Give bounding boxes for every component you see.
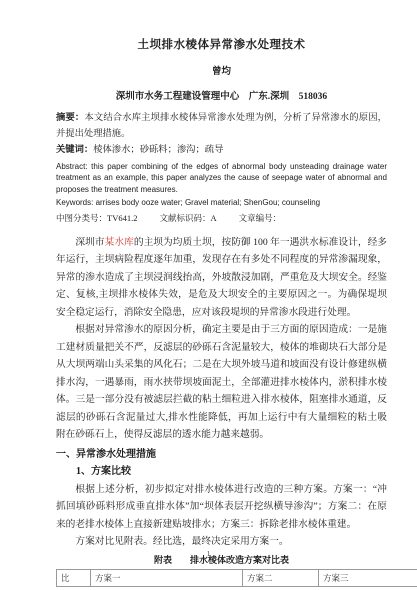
paragraph-1-lead: 深圳市 — [75, 237, 104, 248]
classification-line: 中图分类号：TV641.2文献标识码：A文章编号： — [56, 212, 387, 225]
paragraph-4: 方案对比见附表。经比选，最终决定采用方案一。 — [56, 533, 387, 551]
author-name: 曾均 — [56, 63, 387, 77]
table-header-scheme-2: 方案二 — [243, 569, 319, 586]
section-heading-1: 一、异常渗水处理措施 — [56, 447, 387, 463]
abstract-zh-label: 摘要： — [56, 113, 84, 123]
paragraph-1: 深圳市某水库的主坝为均质土坝，按防御 100 年一遇洪水标准设计，经多年运行，主… — [56, 234, 387, 322]
table-header-compare: 比 — [57, 569, 91, 586]
paragraph-2: 根据对异常渗水的原因分析，确定主要是由于三方面的原因造成：一是施工建材质量把关不… — [56, 321, 387, 444]
keywords-zh: 关键词：棱体渗水；砂砾料；渗沟；疏导 — [56, 143, 387, 159]
keywords-zh-text: 棱体渗水；砂砾料；渗沟；疏导 — [93, 145, 223, 155]
table-header-scheme-1: 方案一 — [91, 569, 243, 586]
page-number: 1 — [0, 550, 417, 558]
paragraph-1-rest: 的主坝为均质土坝，按防御 100 年一遇洪水标准设计，经多年运行，主坝病险程度逐… — [56, 237, 387, 318]
table-header-scheme-3: 方案三 — [319, 569, 417, 586]
reservoir-name-highlight: 某水库 — [105, 237, 134, 248]
table-header-row: 比 方案一 方案二 方案三 — [57, 569, 417, 586]
document-code: 文献标识码：A — [159, 213, 216, 223]
paper-page: 土坝排水棱体异常渗水处理技术 曾均 深圳市水务工程建设管理中心 广东.深圳 51… — [0, 0, 417, 590]
abstract-zh-text: 本文结合水库主坝排水棱体异常渗水处理为例，分析了异常渗水的原因，并提出处理措施。 — [56, 113, 387, 139]
affiliation: 深圳市水务工程建设管理中心 广东.深圳 518036 — [56, 88, 387, 102]
paper-title: 土坝排水棱体异常渗水处理技术 — [56, 36, 387, 52]
clc-number: 中图分类号：TV641.2 — [56, 213, 137, 223]
keywords-en: Keywords: arrises body ooze water; Grave… — [56, 197, 387, 209]
paragraph-3: 根据上述分析，初步拟定对排水棱体进行改造的三种方案。方案一：“冲抓回填砂砾料形成… — [56, 481, 387, 534]
subsection-heading-1: 1、方案比较 — [76, 464, 387, 480]
keywords-zh-label: 关键词： — [56, 145, 93, 155]
scheme-comparison-table: 比 方案一 方案二 方案三 — [56, 569, 417, 587]
abstract-zh: 摘要：本文结合水库主坝排水棱体异常渗水处理为例，分析了异常渗水的原因，并提出处理… — [56, 111, 387, 142]
article-id: 文章编号： — [239, 213, 282, 223]
abstract-en: Abstract: this paper combining of the ed… — [56, 161, 387, 196]
